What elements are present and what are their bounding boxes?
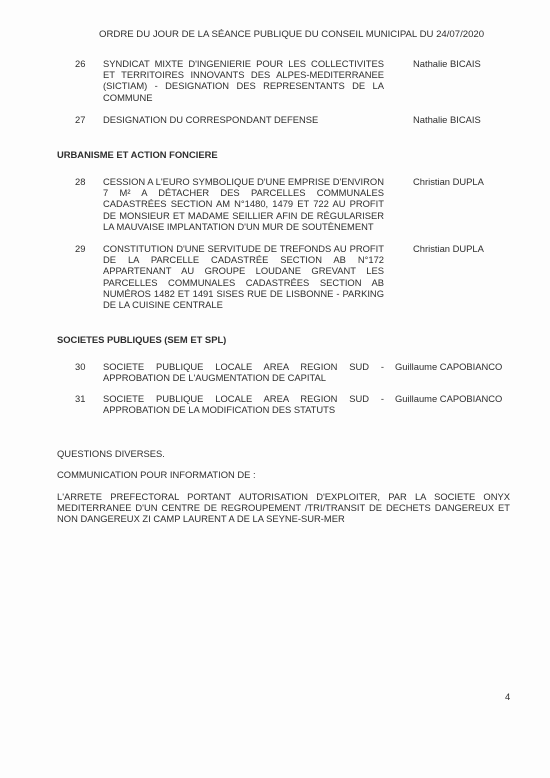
- item-text: CONSTITUTION D'UNE SERVITUDE DE TREFONDS…: [103, 243, 384, 310]
- questions-diverses: QUESTIONS DIVERSES.: [57, 448, 165, 459]
- page-header: ORDRE DU JOUR DE LA SÉANCE PUBLIQUE DU C…: [99, 29, 484, 40]
- item-rapporteur: Nathalie BICAIS: [413, 114, 481, 125]
- item-text: DESIGNATION DU CORRESPONDANT DEFENSE: [103, 114, 384, 125]
- item-rapporteur: Guillaume CAPOBIANCO: [395, 393, 502, 404]
- item-text: SYNDICAT MIXTE D'INGENIERIE POUR LES COL…: [103, 58, 384, 103]
- communication-heading: COMMUNICATION POUR INFORMATION DE :: [57, 469, 256, 480]
- item-text: SOCIETE PUBLIQUE LOCALE AREA REGION SUD …: [103, 361, 384, 383]
- item-rapporteur: Guillaume CAPOBIANCO: [395, 361, 502, 372]
- item-rapporteur: Nathalie BICAIS: [413, 58, 481, 69]
- page-number: 4: [505, 691, 510, 702]
- item-number: 28: [75, 176, 85, 187]
- item-number: 27: [75, 114, 85, 125]
- item-number: 31: [75, 393, 85, 404]
- item-number: 29: [75, 243, 85, 254]
- item-number: 30: [75, 361, 85, 372]
- item-text: SOCIETE PUBLIQUE LOCALE AREA REGION SUD …: [103, 393, 384, 415]
- section-heading-urbanisme: URBANISME ET ACTION FONCIERE: [57, 149, 218, 160]
- item-number: 26: [75, 58, 85, 69]
- communication-text: L'ARRETE PREFECTORAL PORTANT AUTORISATIO…: [57, 491, 510, 525]
- section-heading-societes: SOCIETES PUBLIQUES (SEM ET SPL): [57, 334, 226, 345]
- item-text: CESSION A L'EURO SYMBOLIQUE D'UNE EMPRIS…: [103, 176, 384, 232]
- item-rapporteur: Christian DUPLA: [413, 176, 484, 187]
- item-rapporteur: Christian DUPLA: [413, 243, 484, 254]
